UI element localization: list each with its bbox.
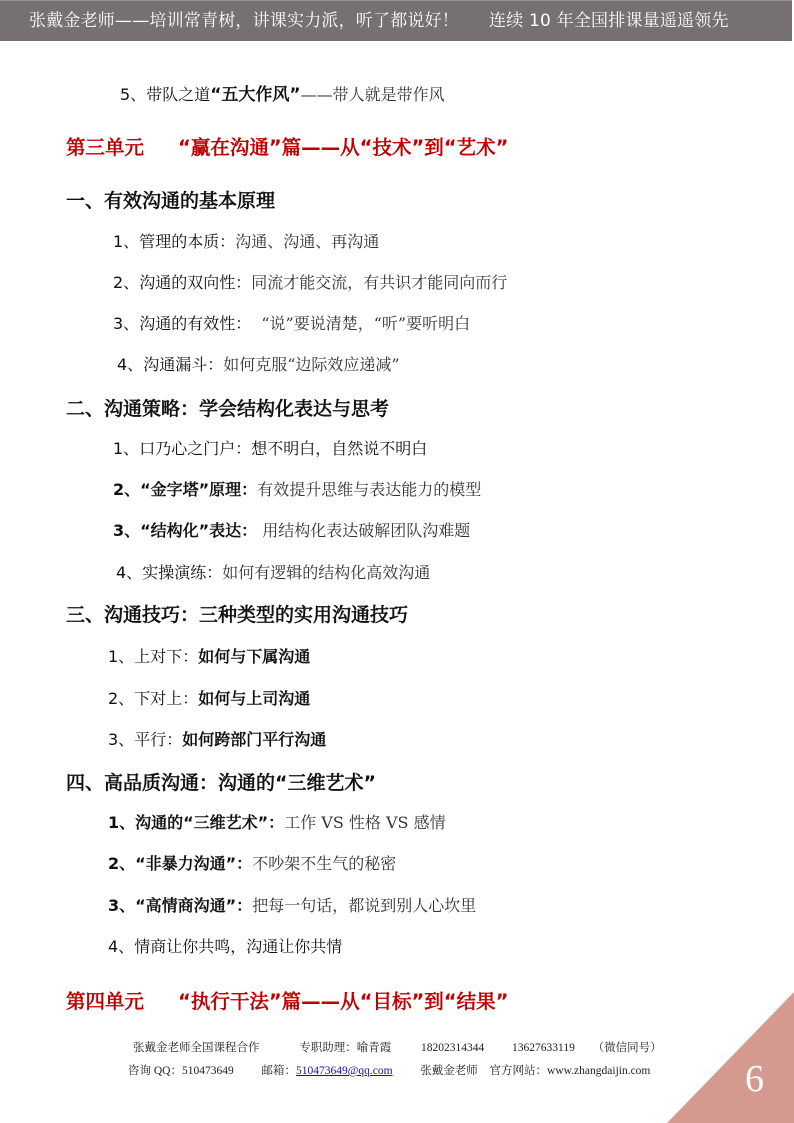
item-label: 沟通的双向性： [139, 273, 251, 292]
item-value: 有效提升思维与表达能力的模型 [257, 480, 481, 499]
item-label: “结构化”表达： [140, 521, 257, 540]
item-bold: “五大作风” [210, 85, 300, 105]
item-number: 1、 [108, 647, 134, 666]
section-title: 二、沟通策略：学会结构化表达与思考 [66, 394, 389, 421]
item-number: 1、 [113, 232, 139, 251]
footer-wechat-note: （微信同号） [593, 1042, 662, 1054]
list-item: 1、管理的本质：沟通、沟通、再沟通 [113, 229, 379, 252]
item-number: 3、 [113, 314, 139, 333]
list-item: 3、平行：如何跨部门平行沟通 [108, 727, 326, 750]
footer-cooperation: 张戴金老师全国课程合作 [133, 1042, 260, 1054]
list-item: 2、“非暴力沟通”：不吵架不生气的秘密 [108, 851, 396, 874]
section-title: 一、有效沟通的基本原理 [66, 186, 275, 213]
item-value: 同流才能交流，有共识才能同向而行 [251, 273, 507, 292]
unit-heading: “赢在沟通”篇——从“技术”到“艺术” [178, 136, 508, 159]
item-value: 如何与下属沟通 [198, 647, 310, 666]
header-slogan: 张戴金老师——培训常青树，讲课实力派，听了都说好！ [29, 11, 459, 31]
item-label: 下对上： [134, 689, 198, 708]
unit-4-title: 第四单元“执行干法”篇——从“目标”到“结果” [66, 986, 508, 1014]
item-number: 2、 [113, 273, 139, 292]
list-item: 1、沟通的“三维艺术”：工作 VS 性格 VS 感情 [108, 810, 446, 833]
item-number: 2、 [113, 480, 140, 499]
item-label: 平行： [134, 730, 182, 749]
item-value: “说”要说清楚，“听”要听明白 [251, 314, 470, 333]
item-value: 如何与上司沟通 [198, 689, 310, 708]
item-value: 不吵架不生气的秘密 [252, 854, 396, 873]
list-item: 2、下对上：如何与上司沟通 [108, 686, 310, 709]
item-value: 工作 VS 性格 VS 感情 [284, 813, 445, 832]
section-title: 四、高品质沟通：沟通的“三维艺术” [66, 768, 376, 795]
unit-3-title: 第三单元“赢在沟通”篇——从“技术”到“艺术” [66, 132, 508, 160]
footer-website: 官方网站：www.zhangdaijin.com [490, 1065, 651, 1077]
list-item: 4、实操演练：如何有逻辑的结构化高效沟通 [116, 560, 430, 583]
footer-email-label: 邮箱： [262, 1065, 297, 1077]
list-item: 3、“高情商沟通”：把每一句话，都说到别人心坎里 [108, 893, 476, 916]
item-label: 带队之道 [146, 85, 210, 104]
item-number: 5、 [120, 85, 146, 104]
list-item: 4、情商让你共鸣，沟通让你共情 [108, 934, 342, 957]
item-label: 上对下： [134, 647, 198, 666]
footer-line-1: 张戴金老师全国课程合作 专职助理：喻青霞 18202314344 1362763… [133, 1039, 662, 1055]
list-item: 1、口乃心之门户：想不明白，自然说不明白 [113, 436, 427, 459]
footer-qq: 咨询 QQ：510473649 [128, 1065, 234, 1077]
list-item: 2、沟通的双向性：同流才能交流，有共识才能同向而行 [113, 270, 507, 293]
item-value: 如何有逻辑的结构化高效沟通 [222, 563, 430, 582]
item-label: 实操演练： [142, 563, 222, 582]
item-number: 4、 [117, 355, 143, 374]
list-item: 4、沟通漏斗：如何克服“边际效应递减” [117, 352, 400, 375]
item-label: 口乃心之门户： [139, 439, 251, 458]
item-label: 管理的本质： [139, 232, 235, 251]
unit-prefix: 第三单元 [66, 136, 144, 159]
item-label: 沟通漏斗： [143, 355, 223, 374]
footer-assistant: 专职助理：喻青霞 [299, 1042, 391, 1054]
item-label: 沟通的有效性： [139, 314, 251, 333]
item-number: 3、 [108, 730, 134, 749]
item-number: 4、 [116, 563, 142, 582]
header-banner: 张戴金老师——培训常青树，讲课实力派，听了都说好！连续 10 年全国排课量遥遥领… [0, 0, 792, 41]
carryover-item: 5、带队之道“五大作风”——带人就是带作风 [120, 80, 445, 105]
item-value: 如何跨部门平行沟通 [182, 730, 326, 749]
list-item: 2、“金字塔”原理：有效提升思维与表达能力的模型 [113, 477, 481, 500]
header-ranking: 连续 10 年全国排课量遥遥领先 [489, 11, 729, 31]
item-label: 情商让你共鸣，沟通让你共情 [134, 937, 342, 956]
item-number: 2、 [108, 854, 135, 873]
section-title: 三、沟通技巧：三种类型的实用沟通技巧 [66, 600, 408, 627]
footer-phone-1: 18202314344 [421, 1042, 484, 1054]
item-value: 沟通、沟通、再沟通 [235, 232, 379, 251]
item-number: 1、 [113, 439, 139, 458]
page-number: 6 [745, 1060, 764, 1098]
item-number: 4、 [108, 937, 134, 956]
list-item: 1、上对下：如何与下属沟通 [108, 644, 310, 667]
item-number: 3、 [113, 521, 140, 540]
item-label: 沟通的“三维艺术”： [135, 813, 284, 832]
unit-heading: “执行干法”篇——从“目标”到“结果” [178, 990, 508, 1013]
item-label: “非暴力沟通”： [135, 854, 252, 873]
unit-prefix: 第四单元 [66, 990, 144, 1013]
list-item: 3、“结构化”表达： 用结构化表达破解团队沟难题 [113, 518, 470, 541]
item-number: 1、 [108, 813, 135, 832]
item-value: 把每一句话，都说到别人心坎里 [252, 896, 476, 915]
item-value: 如何克服“边际效应递减” [223, 355, 399, 374]
list-item: 3、沟通的有效性： “说”要说清楚，“听”要听明白 [113, 311, 470, 334]
footer-email-link[interactable]: 510473649@qq.com [296, 1065, 393, 1077]
item-number: 2、 [108, 689, 134, 708]
item-rest: ——带人就是带作风 [301, 85, 445, 104]
item-label: “金字塔”原理： [140, 480, 257, 499]
footer-phone-2: 13627633119 [512, 1042, 575, 1054]
item-label: “高情商沟通”： [135, 896, 252, 915]
item-value: 用结构化表达破解团队沟难题 [257, 521, 470, 540]
item-value: 想不明白，自然说不明白 [251, 439, 427, 458]
footer-line-2: 咨询 QQ：510473649 邮箱：510473649@qq.com 张戴金老… [128, 1062, 650, 1078]
footer-teacher: 张戴金老师 [420, 1065, 478, 1077]
item-number: 3、 [108, 896, 135, 915]
